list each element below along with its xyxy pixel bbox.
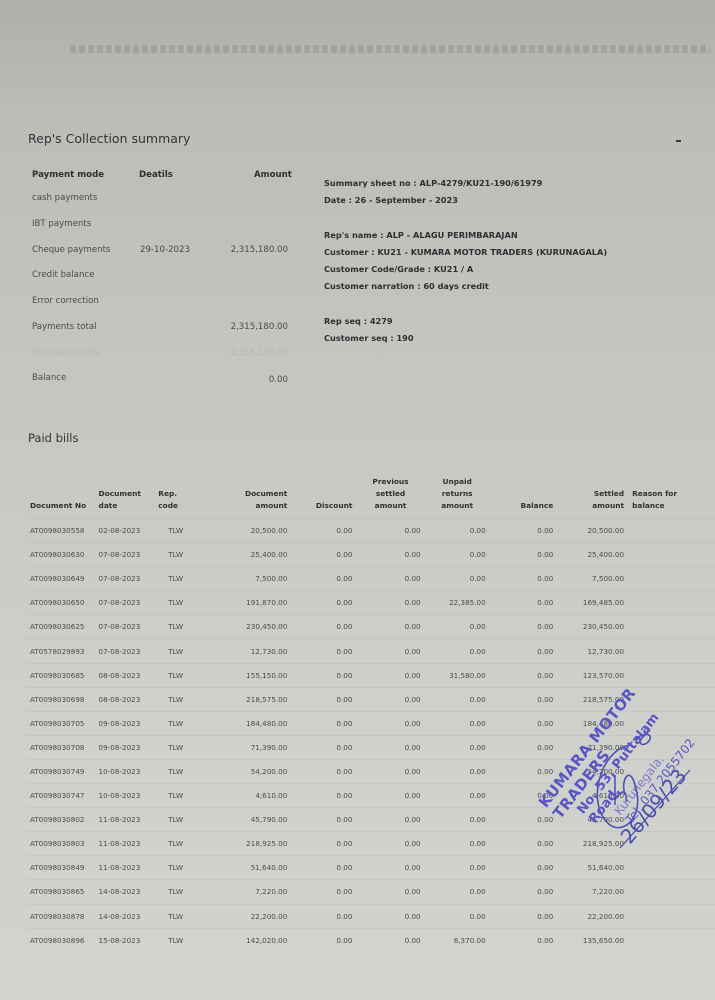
cell-document-no: AT0098030749 bbox=[26, 759, 95, 783]
cell-balance: 0.00 bbox=[490, 591, 558, 615]
cell-document-amount: 218,575.00 bbox=[207, 687, 291, 711]
cell-document-date: 07-08-2023 bbox=[95, 615, 155, 639]
cell-previous-settled: 0.00 bbox=[356, 808, 424, 832]
document-page: Rep's Collection summary Payment mode De… bbox=[0, 0, 715, 1000]
cell-balance: 0.00 bbox=[490, 567, 558, 591]
cell-previous-settled: 0.00 bbox=[356, 735, 424, 759]
cell-discount: 0.00 bbox=[291, 856, 356, 880]
header-amount: Amount bbox=[254, 170, 292, 180]
dash-mark bbox=[676, 140, 681, 142]
cell-rep-code: TLW bbox=[154, 904, 207, 928]
header-line bbox=[295, 488, 352, 500]
cell-reason bbox=[628, 904, 715, 928]
cell-settled-amount: 135,650.00 bbox=[557, 928, 628, 952]
cell-balance: 0.00 bbox=[490, 808, 558, 832]
cell-previous-settled: 0.00 bbox=[356, 784, 424, 808]
cell-unpaid-returns: 6,370.00 bbox=[425, 928, 490, 952]
cell-settled-amount: 169,485.00 bbox=[557, 591, 628, 615]
cell-document-no: AT0098030685 bbox=[26, 663, 95, 687]
cell-document-amount: 12,730.00 bbox=[207, 639, 291, 663]
header-line: Document bbox=[211, 488, 287, 500]
cell-document-amount: 25,400.00 bbox=[207, 543, 291, 567]
cell-discount: 0.00 bbox=[291, 784, 356, 808]
cell-document-amount: 51,640.00 bbox=[207, 856, 291, 880]
cell-document-date: 09-08-2023 bbox=[95, 711, 155, 735]
cell-reason bbox=[628, 543, 715, 567]
table-row: AT057802989307-08-2023TLW12,730.000.000.… bbox=[26, 639, 715, 663]
cell-reason bbox=[628, 615, 715, 639]
cell-reason bbox=[628, 591, 715, 615]
cell-document-no: AT0098030896 bbox=[26, 928, 95, 952]
header-line: Unpaid bbox=[429, 476, 486, 488]
cell-document-date: 08-08-2023 bbox=[95, 663, 155, 687]
cell-previous-settled: 0.00 bbox=[356, 856, 424, 880]
cell-balance: 0.00 bbox=[490, 639, 558, 663]
column-header-discount: Discount bbox=[291, 464, 356, 519]
cell-document-amount: 142,020.00 bbox=[207, 928, 291, 952]
cell-rep-code: TLW bbox=[154, 519, 207, 543]
cell-document-date: 15-08-2023 bbox=[95, 928, 155, 952]
table-row: AT009803087814-08-2023TLW22,200.000.000.… bbox=[26, 904, 715, 928]
cell-document-date: 10-08-2023 bbox=[95, 759, 155, 783]
cell-previous-settled: 0.00 bbox=[356, 904, 424, 928]
cell-balance: 0.00 bbox=[490, 832, 558, 856]
cell-previous-settled: 0.00 bbox=[356, 663, 424, 687]
cell-rep-code: TLW bbox=[154, 856, 207, 880]
summary-sheet-no: Summary sheet no : ALP-4279/KU21-190/619… bbox=[324, 178, 542, 188]
header-line: Balance bbox=[494, 500, 554, 512]
cell-document-amount: 71,390.00 bbox=[207, 735, 291, 759]
header-line: Rep. bbox=[158, 488, 203, 500]
cell-rep-code: TLW bbox=[154, 687, 207, 711]
cell-document-amount: 218,925.00 bbox=[207, 832, 291, 856]
cell-unpaid-returns: 0.00 bbox=[425, 615, 490, 639]
cell-document-no: AT0098030649 bbox=[26, 567, 95, 591]
header-line: Document No bbox=[30, 500, 91, 512]
header-line bbox=[494, 488, 554, 500]
table-row: AT009803086514-08-2023TLW7,220.000.000.0… bbox=[26, 880, 715, 904]
header-line: amount bbox=[429, 500, 486, 512]
cell-previous-settled: 0.00 bbox=[356, 687, 424, 711]
cell-document-amount: 155,150.00 bbox=[207, 663, 291, 687]
cell-settled-amount: 7,500.00 bbox=[557, 567, 628, 591]
cell-previous-settled: 0.00 bbox=[356, 832, 424, 856]
column-header-document-amount: Documentamount bbox=[207, 464, 291, 519]
cell-unpaid-returns: 0.00 bbox=[425, 880, 490, 904]
cell-discount: 0.00 bbox=[291, 759, 356, 783]
header-line bbox=[158, 476, 203, 488]
cell-unpaid-returns: 0.00 bbox=[425, 567, 490, 591]
summary-row-label: Cheque payments bbox=[32, 245, 110, 255]
rep-name: Rep's name : ALP - ALAGU PERIMBARAJAN bbox=[324, 230, 518, 240]
cell-settled-amount: 22,200.00 bbox=[557, 904, 628, 928]
cell-previous-settled: 0.00 bbox=[356, 759, 424, 783]
header-details: Deatils bbox=[139, 170, 173, 180]
cell-previous-settled: 0.00 bbox=[356, 615, 424, 639]
cell-balance: 0.00 bbox=[490, 904, 558, 928]
cell-discount: 0.00 bbox=[291, 663, 356, 687]
cell-previous-settled: 0.00 bbox=[356, 928, 424, 952]
cell-discount: 0.00 bbox=[291, 615, 356, 639]
header-line bbox=[30, 488, 91, 500]
cell-unpaid-returns: 0.00 bbox=[425, 808, 490, 832]
header-line: amount bbox=[211, 500, 287, 512]
header-line bbox=[99, 476, 151, 488]
cell-balance: 0.00 bbox=[490, 687, 558, 711]
header-line bbox=[632, 464, 711, 476]
column-header-previous-settled: Previoussettledamount bbox=[356, 464, 424, 519]
cell-unpaid-returns: 0.00 bbox=[425, 784, 490, 808]
cell-document-no: AT0098030803 bbox=[26, 832, 95, 856]
cell-document-date: 11-08-2023 bbox=[95, 856, 155, 880]
cell-unpaid-returns: 31,580.00 bbox=[425, 663, 490, 687]
header-line bbox=[295, 476, 352, 488]
summary-row-label: cash payments bbox=[32, 193, 97, 203]
cell-discount: 0.00 bbox=[291, 639, 356, 663]
summary-row-label: Error correction bbox=[32, 296, 99, 306]
cell-document-date: 11-08-2023 bbox=[95, 808, 155, 832]
cell-settled-amount: 20,500.00 bbox=[557, 519, 628, 543]
header-line: Previous bbox=[360, 476, 420, 488]
cell-balance: 0.00 bbox=[490, 735, 558, 759]
cell-unpaid-returns: 0.00 bbox=[425, 639, 490, 663]
cell-discount: 0.00 bbox=[291, 832, 356, 856]
summary-row-label: Receivable bills bbox=[32, 348, 99, 358]
cell-document-date: 07-08-2023 bbox=[95, 543, 155, 567]
cell-rep-code: TLW bbox=[154, 759, 207, 783]
table-row: AT009803068508-08-2023TLW155,150.000.000… bbox=[26, 663, 715, 687]
cell-discount: 0.00 bbox=[291, 543, 356, 567]
cell-document-no: AT0098030558 bbox=[26, 519, 95, 543]
cell-settled-amount: 7,220.00 bbox=[557, 880, 628, 904]
table-row: AT009803063007-08-2023TLW25,400.000.000.… bbox=[26, 543, 715, 567]
summary-row-amount: 0.00 bbox=[269, 375, 288, 385]
column-header-reason: Reason for balance bbox=[628, 464, 715, 519]
column-header-rep-code: Rep.code bbox=[154, 464, 207, 519]
cell-unpaid-returns: 0.00 bbox=[425, 759, 490, 783]
cell-discount: 0.00 bbox=[291, 711, 356, 735]
column-header-balance: Balance bbox=[490, 464, 558, 519]
cell-document-no: AT0098030865 bbox=[26, 880, 95, 904]
header-line: amount bbox=[561, 500, 624, 512]
cell-rep-code: TLW bbox=[154, 735, 207, 759]
cell-previous-settled: 0.00 bbox=[356, 711, 424, 735]
cell-unpaid-returns: 0.00 bbox=[425, 735, 490, 759]
cell-document-no: AT0098030708 bbox=[26, 735, 95, 759]
cell-document-no: AT0578029893 bbox=[26, 639, 95, 663]
cell-discount: 0.00 bbox=[291, 567, 356, 591]
bleed-through-text bbox=[70, 45, 710, 53]
cell-rep-code: TLW bbox=[154, 784, 207, 808]
cell-previous-settled: 0.00 bbox=[356, 543, 424, 567]
cell-document-date: 07-08-2023 bbox=[95, 591, 155, 615]
summary-row-amount: 2,315,180.00 bbox=[231, 348, 288, 358]
cell-document-no: AT0098030705 bbox=[26, 711, 95, 735]
cell-reason bbox=[628, 928, 715, 952]
summary-row-label: Payments total bbox=[32, 322, 96, 332]
customer-narration: Customer narration : 60 days credit bbox=[324, 281, 489, 291]
cell-document-date: 10-08-2023 bbox=[95, 784, 155, 808]
cell-rep-code: TLW bbox=[154, 615, 207, 639]
cell-document-date: 11-08-2023 bbox=[95, 832, 155, 856]
header-line bbox=[211, 476, 287, 488]
cell-reason bbox=[628, 567, 715, 591]
header-line: code bbox=[158, 500, 203, 512]
cell-document-no: AT0098030747 bbox=[26, 784, 95, 808]
column-header-document-no: Document No bbox=[26, 464, 95, 519]
cell-previous-settled: 0.00 bbox=[356, 880, 424, 904]
cell-balance: 0.00 bbox=[490, 615, 558, 639]
cell-document-amount: 4,610.00 bbox=[207, 784, 291, 808]
header-payment-mode: Payment mode bbox=[32, 170, 104, 180]
cell-balance: 0.00 bbox=[490, 663, 558, 687]
cell-unpaid-returns: 0.00 bbox=[425, 856, 490, 880]
header-line: amount bbox=[360, 500, 420, 512]
cell-document-amount: 7,500.00 bbox=[207, 567, 291, 591]
cell-document-amount: 20,500.00 bbox=[207, 519, 291, 543]
cell-settled-amount: 25,400.00 bbox=[557, 543, 628, 567]
cell-document-amount: 230,450.00 bbox=[207, 615, 291, 639]
cell-balance: 0.00 bbox=[490, 880, 558, 904]
cell-discount: 0.00 bbox=[291, 519, 356, 543]
header-line: Document bbox=[99, 488, 151, 500]
cell-document-no: AT0098030698 bbox=[26, 687, 95, 711]
rep-seq: Rep seq : 4279 bbox=[324, 316, 393, 326]
cell-unpaid-returns: 0.00 bbox=[425, 543, 490, 567]
cell-unpaid-returns: 0.00 bbox=[425, 519, 490, 543]
header-line: date bbox=[99, 500, 151, 512]
header-line bbox=[561, 476, 624, 488]
cell-rep-code: TLW bbox=[154, 928, 207, 952]
header-line: Settled bbox=[561, 488, 624, 500]
customer: Customer : KU21 - KUMARA MOTOR TRADERS (… bbox=[324, 247, 607, 257]
cell-document-date: 09-08-2023 bbox=[95, 735, 155, 759]
cell-document-no: AT0098030802 bbox=[26, 808, 95, 832]
cell-document-date: 07-08-2023 bbox=[95, 639, 155, 663]
table-row: AT009803064907-08-2023TLW7,500.000.000.0… bbox=[26, 567, 715, 591]
cell-document-amount: 45,790.00 bbox=[207, 808, 291, 832]
cell-document-date: 07-08-2023 bbox=[95, 567, 155, 591]
cell-rep-code: TLW bbox=[154, 663, 207, 687]
customer-seq: Customer seq : 190 bbox=[324, 333, 414, 343]
header-line: returns bbox=[429, 488, 486, 500]
cell-discount: 0.00 bbox=[291, 735, 356, 759]
cell-document-date: 08-08-2023 bbox=[95, 687, 155, 711]
cell-rep-code: TLW bbox=[154, 711, 207, 735]
cell-reason bbox=[628, 519, 715, 543]
cell-balance: 0.00 bbox=[490, 928, 558, 952]
cell-unpaid-returns: 0.00 bbox=[425, 904, 490, 928]
cell-rep-code: TLW bbox=[154, 567, 207, 591]
cell-document-date: 14-08-2023 bbox=[95, 904, 155, 928]
column-header-unpaid-returns: Unpaidreturnsamount bbox=[425, 464, 490, 519]
cell-previous-settled: 0.00 bbox=[356, 591, 424, 615]
header-line bbox=[30, 476, 91, 488]
summary-row-label: Credit balance bbox=[32, 270, 94, 280]
cell-document-date: 14-08-2023 bbox=[95, 880, 155, 904]
cell-balance: 0.00 bbox=[490, 759, 558, 783]
cell-discount: 0.00 bbox=[291, 880, 356, 904]
cell-document-no: AT0098030625 bbox=[26, 615, 95, 639]
cell-discount: 0.00 bbox=[291, 904, 356, 928]
cell-unpaid-returns: 0.00 bbox=[425, 832, 490, 856]
cell-document-no: AT0098030650 bbox=[26, 591, 95, 615]
cell-document-date: 02-08-2023 bbox=[95, 519, 155, 543]
cell-rep-code: TLW bbox=[154, 832, 207, 856]
table-row: AT009803065007-08-2023TLW191,870.000.000… bbox=[26, 591, 715, 615]
cell-rep-code: TLW bbox=[154, 639, 207, 663]
cell-balance: 0.00 bbox=[490, 711, 558, 735]
summary-row-details: 29-10-2023 bbox=[140, 245, 190, 255]
cell-rep-code: TLW bbox=[154, 808, 207, 832]
summary-title: Rep's Collection summary bbox=[28, 131, 190, 146]
cell-previous-settled: 0.00 bbox=[356, 567, 424, 591]
cell-settled-amount: 123,570.00 bbox=[557, 663, 628, 687]
cell-balance: 0.00 bbox=[490, 856, 558, 880]
cell-rep-code: TLW bbox=[154, 880, 207, 904]
cell-unpaid-returns: 0.00 bbox=[425, 711, 490, 735]
cell-document-no: AT0098030630 bbox=[26, 543, 95, 567]
cell-document-amount: 22,200.00 bbox=[207, 904, 291, 928]
table-row: AT009803055802-08-2023TLW20,500.000.000.… bbox=[26, 519, 715, 543]
summary-row-amount: 2,315,180.00 bbox=[231, 245, 288, 255]
header-line bbox=[632, 476, 711, 488]
cell-rep-code: TLW bbox=[154, 543, 207, 567]
table-header-row: Document NoDocumentdateRep.codeDocumenta… bbox=[26, 464, 715, 519]
cell-previous-settled: 0.00 bbox=[356, 639, 424, 663]
cell-reason bbox=[628, 639, 715, 663]
header-line bbox=[494, 476, 554, 488]
column-header-settled-amount: Settledamount bbox=[557, 464, 628, 519]
table-row: AT009803089615-08-2023TLW142,020.000.000… bbox=[26, 928, 715, 952]
table-row: AT009803062507-08-2023TLW230,450.000.000… bbox=[26, 615, 715, 639]
cell-discount: 0.00 bbox=[291, 808, 356, 832]
cell-settled-amount: 230,450.00 bbox=[557, 615, 628, 639]
cell-reason bbox=[628, 880, 715, 904]
cell-document-no: AT0098030878 bbox=[26, 904, 95, 928]
cell-document-amount: 54,200.00 bbox=[207, 759, 291, 783]
paid-bills-title: Paid bills bbox=[28, 431, 79, 445]
cell-discount: 0.00 bbox=[291, 591, 356, 615]
summary-row-label: IBT payments bbox=[32, 219, 91, 229]
summary-row-amount: 2,315,180.00 bbox=[231, 322, 288, 332]
cell-balance: 0.00 bbox=[490, 519, 558, 543]
cell-previous-settled: 0.00 bbox=[356, 519, 424, 543]
cell-document-amount: 191,870.00 bbox=[207, 591, 291, 615]
cell-discount: 0.00 bbox=[291, 687, 356, 711]
header-line: settled bbox=[360, 488, 420, 500]
cell-balance: 0.00 bbox=[490, 543, 558, 567]
cell-document-no: AT0098030849 bbox=[26, 856, 95, 880]
cell-rep-code: TLW bbox=[154, 591, 207, 615]
summary-date: Date : 26 - September - 2023 bbox=[324, 195, 458, 205]
summary-row-label: Balance bbox=[32, 373, 66, 383]
customer-code: Customer Code/Grade : KU21 / A bbox=[324, 264, 473, 274]
cell-discount: 0.00 bbox=[291, 928, 356, 952]
cell-unpaid-returns: 0.00 bbox=[425, 687, 490, 711]
header-line: Reason for balance bbox=[632, 488, 711, 512]
cell-document-amount: 184,480.00 bbox=[207, 711, 291, 735]
header-line: Discount bbox=[295, 500, 352, 512]
cell-settled-amount: 12,730.00 bbox=[557, 639, 628, 663]
cell-document-amount: 7,220.00 bbox=[207, 880, 291, 904]
column-header-document-date: Documentdate bbox=[95, 464, 155, 519]
cell-unpaid-returns: 22,385.00 bbox=[425, 591, 490, 615]
